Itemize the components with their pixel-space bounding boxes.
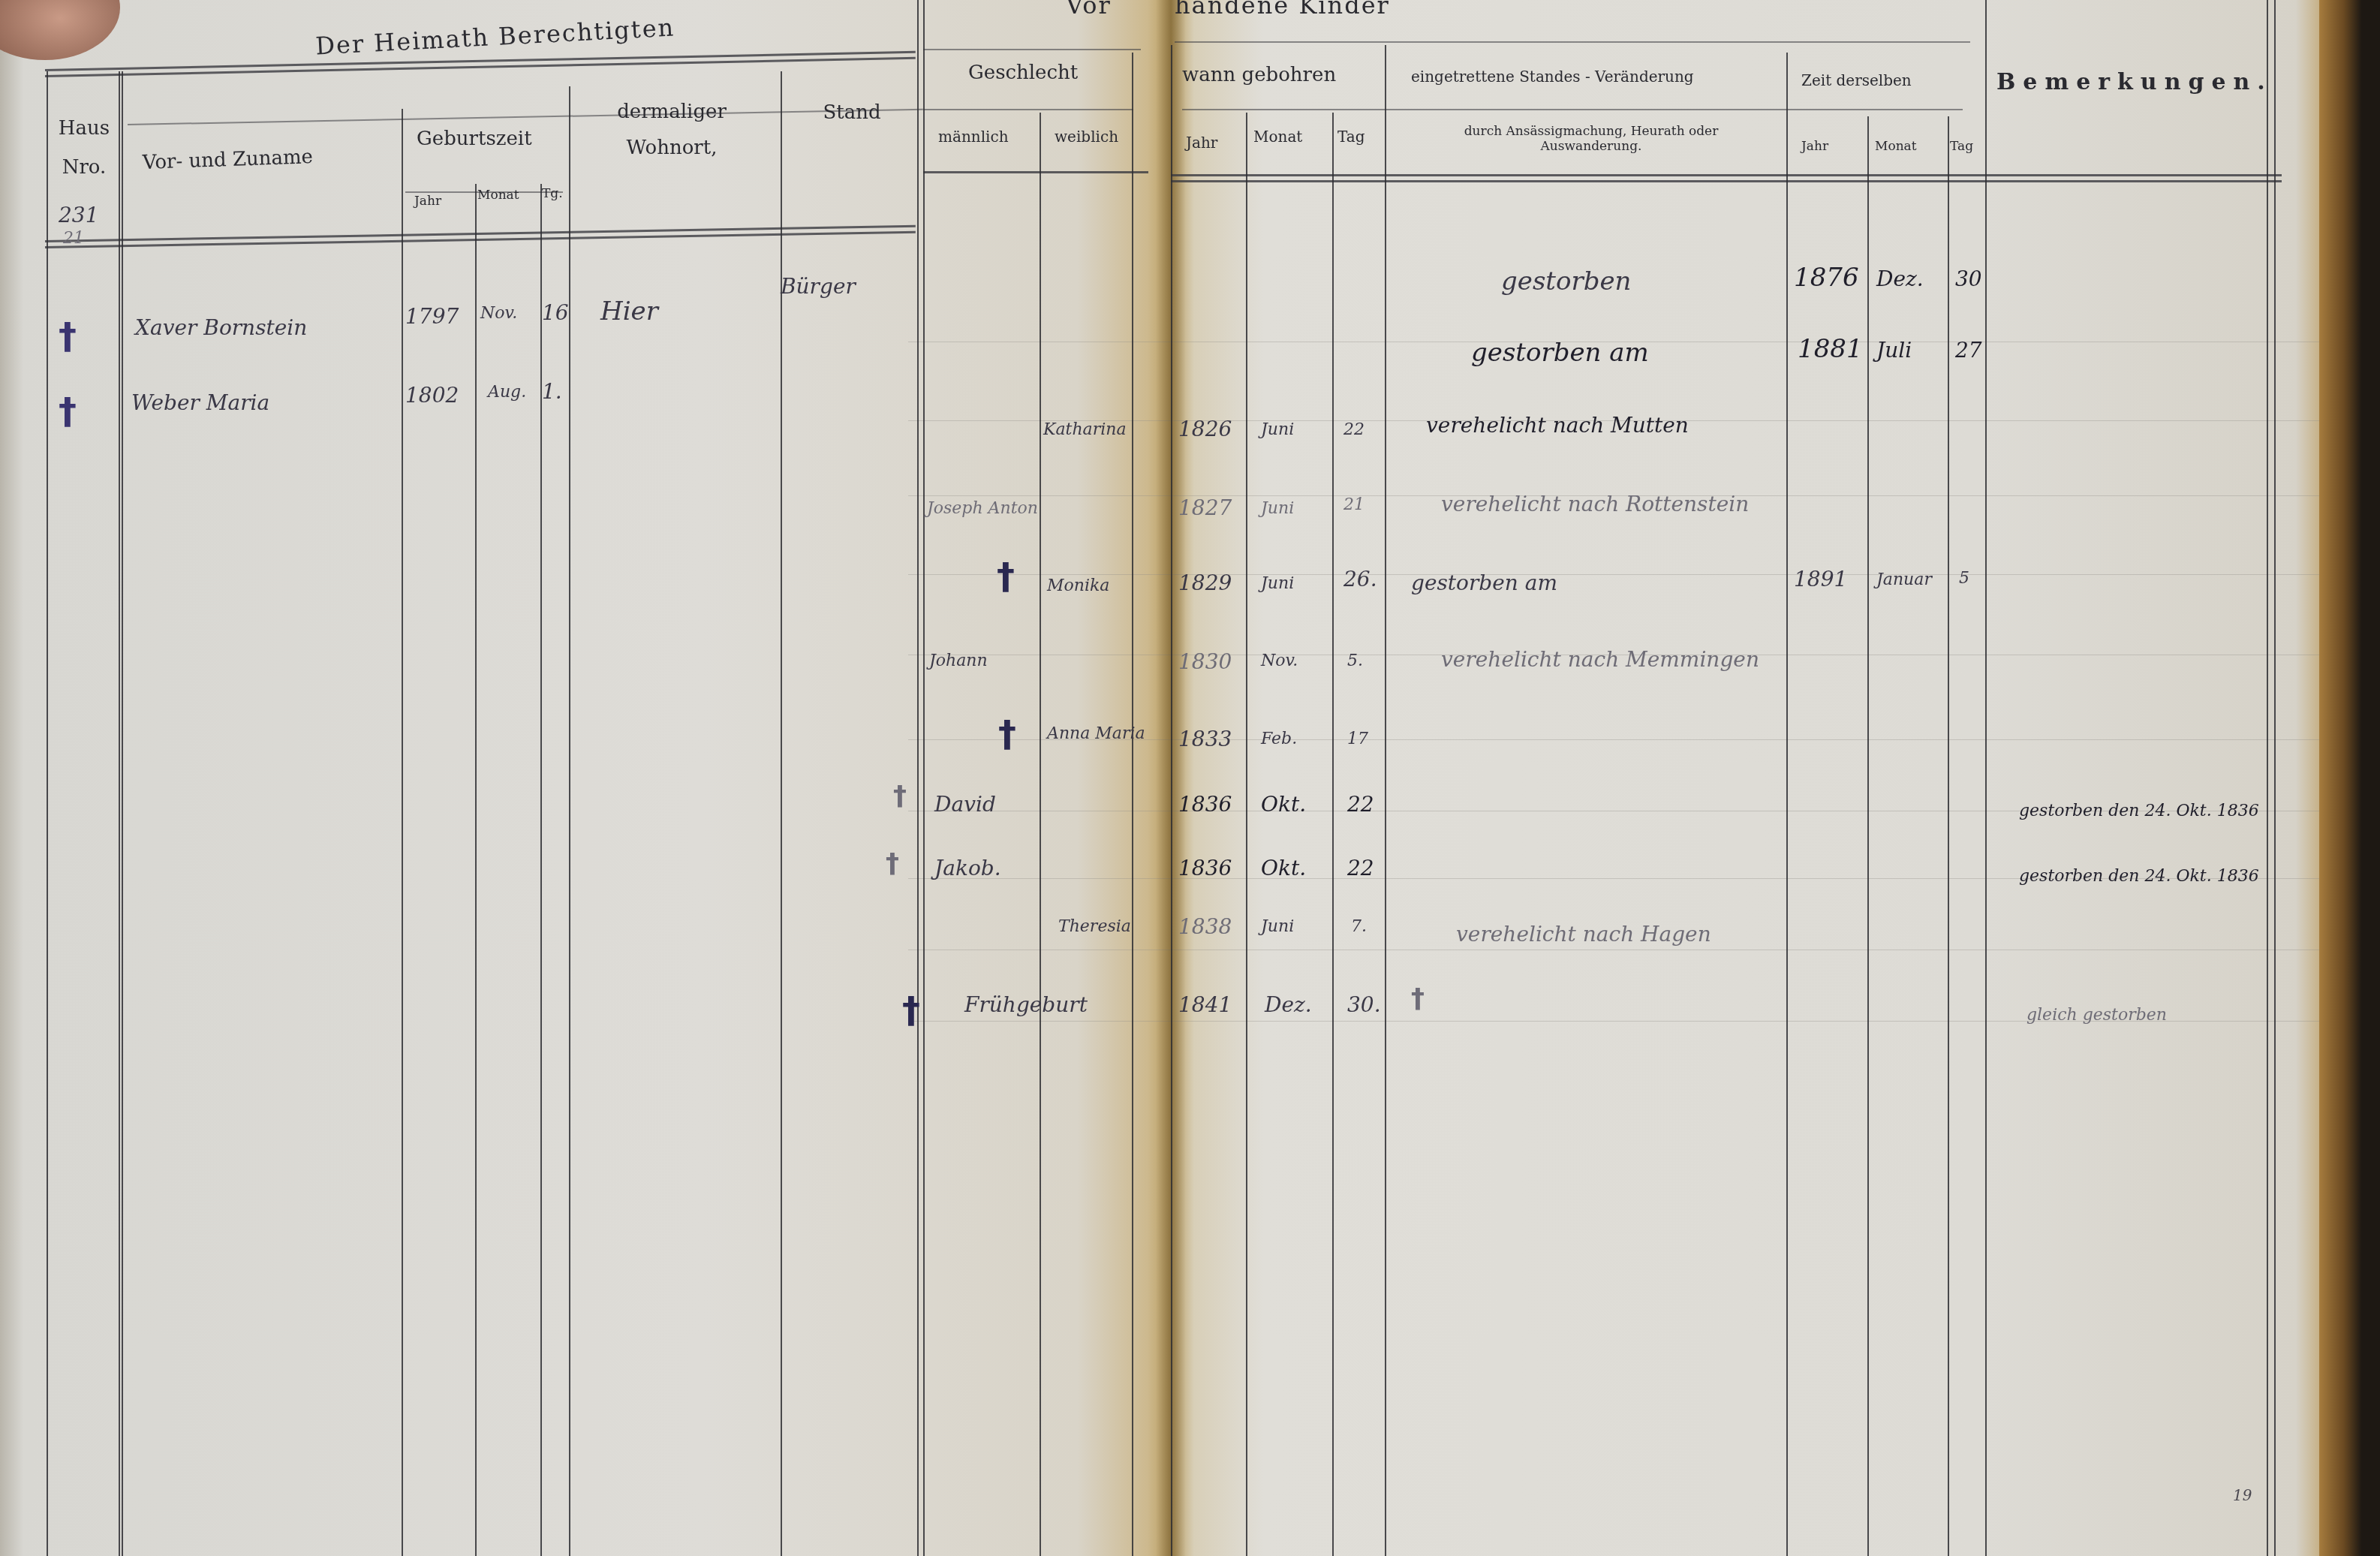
column-header-geburt-jahr: Jahr — [414, 194, 441, 209]
child-birth-month: Okt. — [1261, 792, 1306, 817]
child-birth-year: 1830 — [1178, 649, 1232, 674]
parent-event-year: 1876 — [1794, 263, 1859, 293]
child-birth-year: 1833 — [1178, 727, 1232, 751]
book-binding-edge — [2319, 0, 2380, 1556]
deceased-cross-icon: † — [997, 555, 1015, 597]
parent-birth-year: 1797 — [405, 304, 459, 329]
column-header-bemerkungen: Bemerkungen. — [1996, 69, 2273, 95]
column-header-weiblich: weiblich — [1055, 128, 1118, 146]
column-header-geburtszeit: Geburtszeit — [417, 128, 532, 150]
column-header-zeit-derselben: Zeit derselben — [1801, 71, 1912, 89]
parent-event-day: 27 — [1955, 338, 1982, 363]
column-divider — [923, 0, 925, 1556]
child-remark: gestorben den 24. Okt. 1836 — [2019, 802, 2259, 820]
deceased-cross-icon: † — [893, 781, 907, 811]
right-page — [1171, 0, 2330, 1556]
child-birth-year: 1827 — [1178, 495, 1232, 520]
child-remark: gestorben den 24. Okt. 1836 — [2019, 867, 2259, 886]
deceased-cross-icon: † — [902, 989, 920, 1031]
child-name: Johann — [929, 652, 988, 670]
parent-stand: Bürger — [781, 274, 856, 299]
deceased-cross-icon: † — [998, 713, 1016, 755]
column-header-veraenderung-sub: durch Ansässigmachung, Heurath oder Ausw… — [1415, 124, 1768, 154]
child-birth-day: 5. — [1347, 652, 1363, 670]
child-birth-day: 22 — [1347, 792, 1374, 817]
column-header-haus-nro: Haus Nro. — [51, 109, 117, 187]
child-birth-month: Juni — [1261, 499, 1294, 518]
child-remark: gleich gestorben — [2026, 1006, 2167, 1025]
child-name: David — [934, 792, 996, 817]
column-header-standes-veraenderung: eingetrettene Standes - Veränderung — [1411, 68, 1694, 86]
child-birth-month: Dez. — [1265, 992, 1312, 1017]
child-birth-month: Okt. — [1261, 856, 1306, 880]
column-divider — [402, 109, 403, 1556]
column-header-jahr: Jahr — [1186, 134, 1217, 152]
child-name: Jakob. — [934, 856, 1001, 880]
child-event: verehelicht nach Mutten — [1426, 413, 1689, 438]
column-divider — [917, 0, 919, 1556]
section-title-rule — [923, 49, 1141, 50]
child-event: verehelicht nach Hagen — [1456, 922, 1711, 947]
child-event: verehelicht nach Memmingen — [1441, 647, 1759, 672]
column-divider — [1246, 113, 1247, 1556]
child-name: Theresia — [1058, 917, 1131, 936]
child-birth-day: 22 — [1347, 856, 1374, 880]
page-number: 19 — [2233, 1486, 2252, 1504]
parent-event: gestorben am — [1471, 338, 1649, 368]
column-divider — [2267, 0, 2268, 1556]
column-divider — [1332, 113, 1334, 1556]
header-bottom-rule — [923, 171, 1148, 173]
column-divider — [1040, 113, 1041, 1556]
left-page — [0, 0, 1171, 1556]
column-header-geburt-monat: Monat — [477, 188, 519, 203]
deceased-cross-icon: † — [1411, 983, 1425, 1014]
child-birth-year: 1841 — [1178, 992, 1232, 1017]
column-header-geburt-tag: Tg. — [542, 186, 563, 201]
child-event: verehelicht nach Rottenstein — [1441, 492, 1749, 516]
parent-wohnort: Hier — [600, 296, 658, 327]
parent-event: gestorben — [1501, 266, 1632, 296]
parent-birth-day: 1. — [542, 379, 562, 404]
parent-birth-month: Nov. — [480, 304, 517, 323]
child-event: gestorben am — [1411, 570, 1557, 595]
column-divider — [122, 71, 123, 1556]
column-divider — [1171, 45, 1172, 1556]
column-header-zeit-monat: Monat — [1875, 139, 1917, 154]
child-birth-month: Juni — [1261, 420, 1294, 439]
parent-birth-year: 1802 — [405, 383, 459, 408]
parent-name: Weber Maria — [131, 390, 269, 415]
child-birth-month: Nov. — [1261, 652, 1298, 670]
column-divider — [119, 71, 120, 1556]
column-divider — [1948, 116, 1949, 1556]
house-number-sub: 21 — [63, 229, 84, 248]
child-birth-day: 21 — [1343, 495, 1365, 514]
section-title-rule — [1175, 41, 1970, 43]
column-header-stand: Stand — [796, 101, 908, 124]
child-birth-year: 1826 — [1178, 417, 1232, 441]
child-name: Frühgeburt — [964, 992, 1088, 1017]
child-birth-month: Juni — [1261, 917, 1294, 936]
column-header-zeit-jahr: Jahr — [1801, 139, 1828, 154]
child-birth-day: 22 — [1343, 420, 1365, 439]
spanning-title-handene-kinder: handene Kinder — [1175, 0, 1390, 20]
subheader-rule — [923, 109, 1133, 110]
faint-rule — [908, 574, 2319, 575]
column-divider — [2274, 0, 2276, 1556]
column-divider — [1867, 116, 1869, 1556]
column-divider — [1786, 53, 1788, 1556]
column-header-maennlich: männlich — [938, 128, 1009, 146]
parent-event-day: 30 — [1955, 266, 1982, 291]
header-bottom-rule — [1171, 180, 2282, 182]
child-event-day: 5 — [1959, 569, 1969, 588]
parent-birth-month: Aug. — [488, 383, 526, 402]
column-header-wohnort: dermaliger Wohnort, — [593, 94, 751, 166]
child-event-year: 1891 — [1794, 567, 1847, 591]
child-birth-year: 1836 — [1178, 792, 1232, 817]
header-bottom-rule — [1171, 174, 2282, 176]
deceased-cross-icon: † — [59, 315, 77, 357]
column-divider — [569, 86, 570, 1556]
child-birth-day: 7. — [1351, 917, 1367, 936]
column-divider — [1132, 53, 1133, 1556]
child-name: Anna Maria — [1047, 724, 1145, 743]
child-name: Katharina — [1043, 420, 1127, 439]
child-birth-day: 30. — [1347, 992, 1381, 1017]
child-event-month: Januar — [1876, 570, 1932, 589]
child-birth-month: Feb. — [1261, 730, 1297, 748]
parent-name: Xaver Bornstein — [135, 315, 307, 340]
parent-event-month: Dez. — [1876, 266, 1924, 291]
column-divider — [475, 184, 477, 1556]
child-name: Monika — [1047, 576, 1109, 595]
parent-event-year: 1881 — [1798, 334, 1863, 364]
subheader-rule — [1182, 109, 1963, 110]
spanning-title-vor: Vor — [1066, 0, 1112, 20]
child-birth-day: 26. — [1343, 567, 1377, 591]
child-birth-year: 1836 — [1178, 856, 1232, 880]
column-header-tag: Tag — [1337, 128, 1365, 146]
column-divider — [1985, 0, 1987, 1556]
column-divider — [1385, 45, 1386, 1556]
child-name: Joseph Anton — [927, 499, 1038, 518]
faint-rule — [908, 950, 2319, 950]
child-birth-month: Juni — [1261, 574, 1294, 593]
column-header-wann-gebohren: wann gebohren — [1182, 64, 1336, 86]
deceased-cross-icon: † — [59, 390, 77, 432]
deceased-cross-icon: † — [886, 848, 899, 879]
parent-birth-day: 16 — [542, 300, 569, 325]
column-header-geschlecht: Geschlecht — [968, 62, 1078, 84]
child-birth-year: 1838 — [1178, 914, 1232, 939]
child-birth-year: 1829 — [1178, 570, 1232, 595]
column-header-monat: Monat — [1253, 128, 1302, 146]
column-divider — [47, 71, 48, 1556]
parent-event-month: Juli — [1876, 338, 1912, 363]
column-header-zeit-tag: Tag — [1950, 139, 1973, 154]
child-birth-day: 17 — [1347, 730, 1368, 748]
house-number: 231 — [59, 203, 98, 227]
